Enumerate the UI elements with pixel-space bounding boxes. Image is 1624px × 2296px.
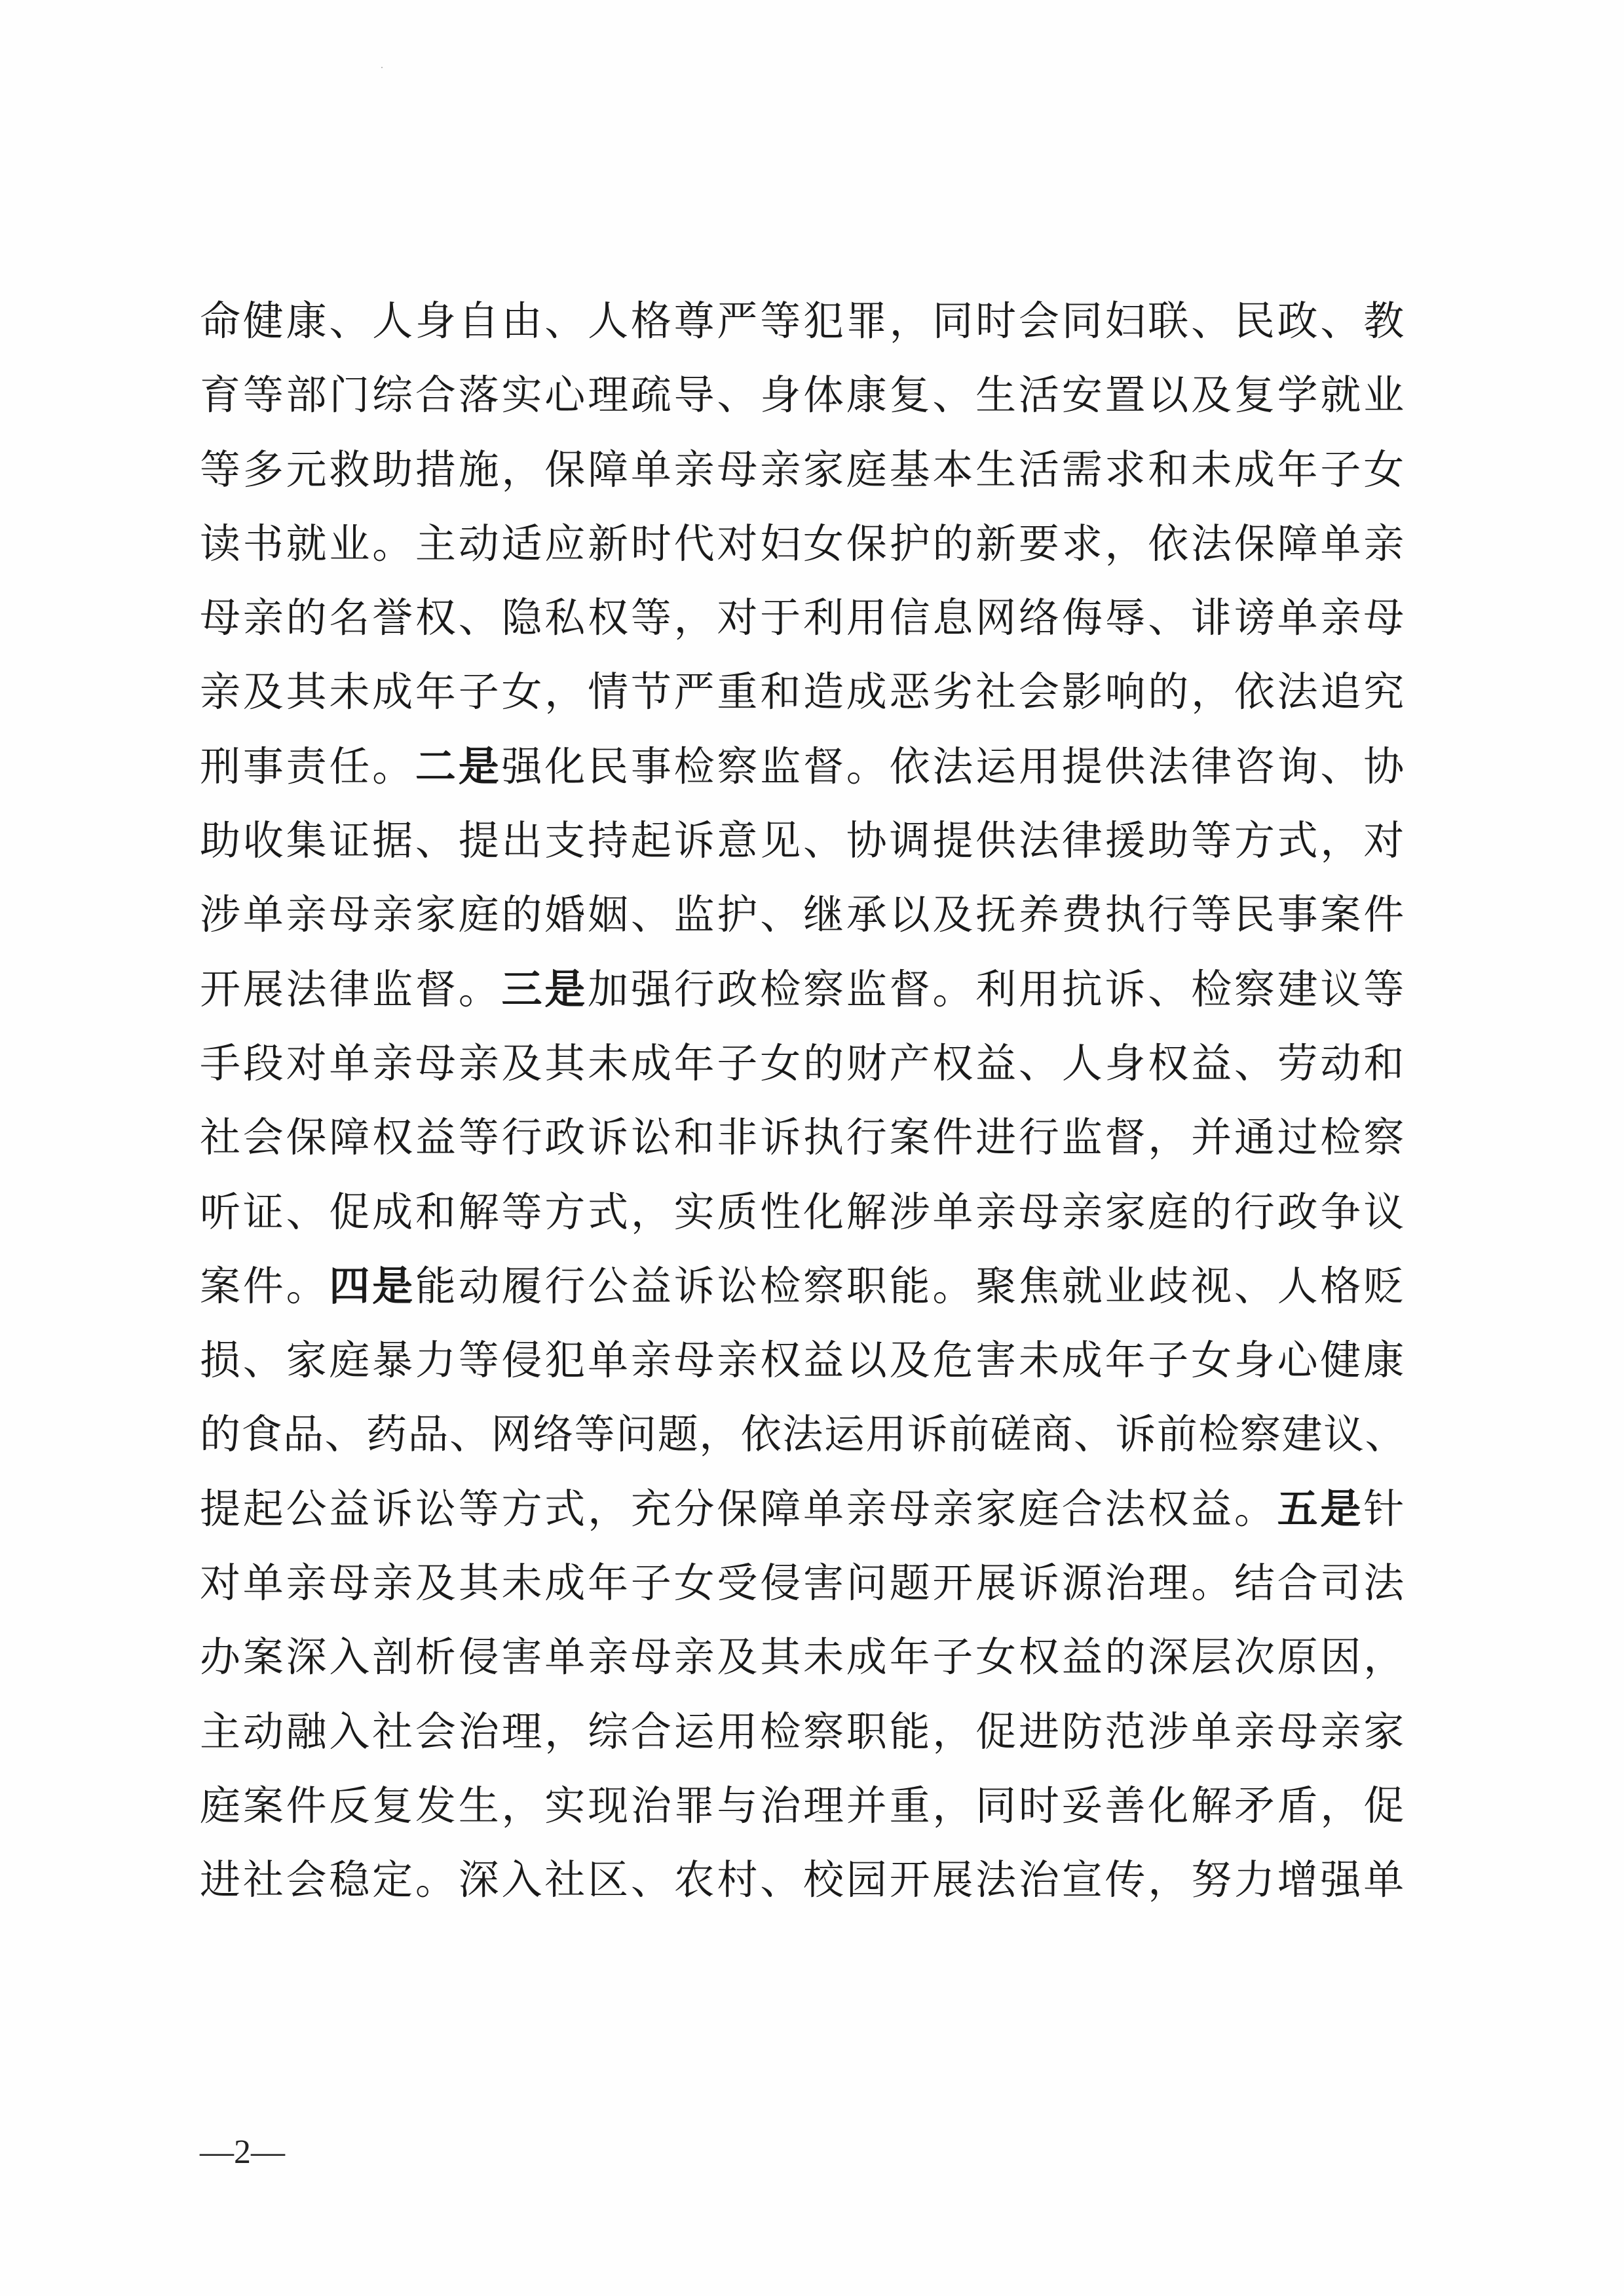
text-char: 名 xyxy=(329,585,372,651)
text-char: 对 xyxy=(286,1031,330,1096)
text-char: 单 xyxy=(932,1179,975,1245)
text-char: 、 xyxy=(1148,957,1191,1022)
text-char: 其 xyxy=(544,1031,588,1096)
text-char: 合 xyxy=(1062,1476,1105,1542)
text-char: 法 xyxy=(975,1847,1019,1913)
text-char: 罪 xyxy=(846,288,890,354)
text-char: 式 xyxy=(588,1179,631,1245)
text-char: 食 xyxy=(242,1402,284,1467)
text-char: 母 xyxy=(1019,1179,1062,1245)
text-char: 复 xyxy=(890,362,933,428)
text-char: 身 xyxy=(415,288,459,354)
text-char: 供 xyxy=(975,808,1019,873)
text-char: 和 xyxy=(415,1179,459,1245)
text-char: 及 xyxy=(717,1624,760,1690)
text-char: 联 xyxy=(1148,288,1191,354)
text-char: 未 xyxy=(502,1550,545,1616)
text-char: 范 xyxy=(1105,1699,1148,1765)
text-char: 诉 xyxy=(1105,957,1148,1022)
text-line: 涉单亲母亲家庭的婚姻、监护、继承以及抚养费执行等民事案件 xyxy=(200,882,1407,956)
text-char: 亲 xyxy=(1320,585,1363,651)
text-char: 社 xyxy=(975,659,1019,725)
text-char: 单 xyxy=(243,882,286,947)
text-char: 益 xyxy=(1191,1031,1234,1096)
text-char: 治 xyxy=(1019,1847,1062,1913)
text-char: 议 xyxy=(1320,957,1363,1022)
text-char: ， xyxy=(932,1773,975,1839)
text-char: 听 xyxy=(200,1179,243,1245)
text-char: 影 xyxy=(1062,659,1105,725)
text-char: 合 xyxy=(1277,1550,1321,1616)
text-char: 讼 xyxy=(631,1105,674,1170)
text-char: ， xyxy=(1320,1773,1363,1839)
text-char: 益 xyxy=(329,1476,372,1542)
text-char: 、 xyxy=(243,1328,286,1393)
text-char: 身 xyxy=(1105,1031,1148,1096)
text-char: 理 xyxy=(803,1773,846,1839)
text-char: 家 xyxy=(1105,1179,1148,1245)
text-char: 收 xyxy=(243,808,286,873)
text-char: 单 xyxy=(631,437,674,503)
text-char: 单 xyxy=(1191,1699,1234,1765)
text-char: 保 xyxy=(286,1105,330,1170)
text-line: 助收集证据、提出支持起诉意见、协调提供法律援助等方式，对 xyxy=(200,808,1407,882)
text-char: 。 xyxy=(846,734,890,799)
text-char: 动 xyxy=(459,511,502,577)
text-char: 强 xyxy=(631,957,674,1022)
text-char: 办 xyxy=(200,1624,243,1690)
text-char: 人 xyxy=(372,288,415,354)
text-char: 子 xyxy=(1320,437,1363,503)
text-char: ， xyxy=(1105,511,1148,577)
text-line: 的食品、药品、网络等问题，依法运用诉前磋商、诉前检察建议、 xyxy=(200,1402,1407,1476)
text-char: 、 xyxy=(717,362,760,428)
text-char: 事 xyxy=(243,734,286,799)
text-char: 单 xyxy=(243,1550,286,1616)
text-char: 婚 xyxy=(544,882,588,947)
text-char: 财 xyxy=(846,1031,890,1096)
text-char: 亲 xyxy=(286,882,330,947)
text-char: 权 xyxy=(932,1031,975,1096)
text-char: 、 xyxy=(1320,288,1363,354)
text-char: 件 xyxy=(932,1105,975,1170)
text-char: 亲 xyxy=(674,437,717,503)
text-line: 进社会稳定。深入社区、农村、校园开展法治宣传，努力增强单 xyxy=(200,1847,1407,1921)
text-char: 开 xyxy=(200,957,243,1022)
text-char: 入 xyxy=(502,1847,545,1913)
text-line: 对单亲母亲及其未成年子女受侵害问题开展诉源治理。结合司法 xyxy=(200,1550,1407,1624)
text-char: 式 xyxy=(544,1476,588,1542)
text-char: 母 xyxy=(631,1624,674,1690)
text-char: 母 xyxy=(329,882,372,947)
text-char: 时 xyxy=(975,288,1019,354)
text-char: 庭 xyxy=(200,1773,243,1839)
text-char: 妥 xyxy=(1062,1773,1105,1839)
text-char: 治 xyxy=(459,1699,502,1765)
text-char: 子 xyxy=(717,1031,760,1096)
text-char: 诉 xyxy=(674,1253,717,1319)
text-char: 亲 xyxy=(717,1328,760,1393)
text-char: 诉 xyxy=(760,1105,803,1170)
text-char: 、 xyxy=(325,1402,367,1467)
text-char: 治 xyxy=(1105,1550,1148,1616)
text-char: 抗 xyxy=(1062,957,1105,1022)
text-char: 犯 xyxy=(803,288,846,354)
text-char: 助 xyxy=(200,808,243,873)
text-char: 开 xyxy=(890,1847,933,1913)
text-char: 妇 xyxy=(1105,288,1148,354)
text-char: 律 xyxy=(1191,734,1234,799)
text-char: 庭 xyxy=(846,437,890,503)
text-char: 亲 xyxy=(459,1031,502,1096)
text-char: 检 xyxy=(760,1253,803,1319)
text-char: 、 xyxy=(1074,1402,1116,1467)
text-char: 未 xyxy=(1019,1328,1062,1393)
text-char: 合 xyxy=(415,362,459,428)
text-char: 事 xyxy=(631,734,674,799)
text-char: 益 xyxy=(415,1105,459,1170)
text-char: 察 xyxy=(1234,957,1277,1022)
text-char: 法 xyxy=(1277,659,1321,725)
text-char: 权 xyxy=(588,585,631,651)
text-char: 的 xyxy=(932,511,975,577)
text-line: 损、家庭暴力等侵犯单亲母亲权益以及危害未成年子女身心健康 xyxy=(200,1328,1407,1402)
text-char: 恶 xyxy=(890,659,933,725)
text-char: 察 xyxy=(1363,1105,1407,1170)
text-char: 益 xyxy=(1062,1624,1105,1690)
text-char: 监 xyxy=(760,734,803,799)
text-char: 努 xyxy=(1191,1847,1234,1913)
text-char: 。 xyxy=(1234,1476,1277,1542)
text-line: 主动融入社会治理，综合运用检察职能，促进防范涉单亲母亲家 xyxy=(200,1699,1407,1773)
text-char: 私 xyxy=(544,585,588,651)
text-char: 运 xyxy=(674,1699,717,1765)
text-char: 社 xyxy=(544,1847,588,1913)
text-char: 、 xyxy=(1148,585,1191,651)
text-char: 同 xyxy=(1062,288,1105,354)
text-char: 综 xyxy=(372,362,415,428)
text-char: 事 xyxy=(1277,882,1321,947)
text-char: 展 xyxy=(932,1847,975,1913)
text-char: 亲 xyxy=(1062,1179,1105,1245)
text-char: 讼 xyxy=(415,1476,459,1542)
text-char: 、 xyxy=(544,288,588,354)
text-char: 化 xyxy=(1148,1773,1191,1839)
text-char: 助 xyxy=(1148,808,1191,873)
text-char: 康 xyxy=(286,288,330,354)
text-char: ， xyxy=(1148,1105,1191,1170)
text-char: 亲 xyxy=(975,1179,1019,1245)
text-char: 视 xyxy=(1191,1253,1234,1319)
text-char: 单 xyxy=(329,1031,372,1096)
text-char: 农 xyxy=(674,1847,717,1913)
text-char: 。 xyxy=(932,957,975,1022)
text-char: 等 xyxy=(1363,957,1407,1022)
bold-marker-char: 四 xyxy=(329,1253,372,1319)
text-char: 门 xyxy=(329,362,372,428)
text-char: 。 xyxy=(372,734,415,799)
text-line: 办案深入剖析侵害单亲母亲及其未成年子女权益的深层次原因， xyxy=(200,1624,1407,1698)
text-char: 隐 xyxy=(502,585,545,651)
text-char: 手 xyxy=(200,1031,243,1096)
text-char: 的 xyxy=(286,585,330,651)
text-char: 、 xyxy=(760,1847,803,1913)
text-char: 依 xyxy=(890,734,933,799)
text-char: 其 xyxy=(286,659,330,725)
text-char: 庭 xyxy=(459,882,502,947)
text-char: 力 xyxy=(1234,1847,1277,1913)
scan-speck xyxy=(381,67,383,68)
text-char: 援 xyxy=(1105,808,1148,873)
text-char: 治 xyxy=(760,1773,803,1839)
text-char: 商 xyxy=(1032,1402,1074,1467)
text-char: 未 xyxy=(1191,437,1234,503)
text-char: 成 xyxy=(1062,1328,1105,1393)
text-char: 亲 xyxy=(674,1624,717,1690)
text-char: 需 xyxy=(1062,437,1105,503)
text-char: 犯 xyxy=(544,1328,588,1393)
text-char: 害 xyxy=(803,1550,846,1616)
text-char: 监 xyxy=(372,957,415,1022)
text-char: 、 xyxy=(286,1179,330,1245)
bold-marker-char: 五 xyxy=(1277,1476,1321,1542)
text-char: 督 xyxy=(415,957,459,1022)
text-line: 手段对单亲母亲及其未成年子女的财产权益、人身权益、劳动和 xyxy=(200,1031,1407,1105)
text-char: 心 xyxy=(1277,1328,1321,1393)
text-char: 年 xyxy=(1105,1328,1148,1393)
text-char: 、 xyxy=(1234,1031,1277,1096)
text-char: 家 xyxy=(415,882,459,947)
text-char: 损 xyxy=(200,1328,243,1393)
text-char: 稳 xyxy=(329,1847,372,1913)
text-char: 女 xyxy=(674,1550,717,1616)
text-char: 害 xyxy=(502,1624,545,1690)
text-char: ， xyxy=(1191,659,1234,725)
text-char: 及 xyxy=(932,882,975,947)
text-char: 前 xyxy=(1157,1402,1199,1467)
text-char: 诉 xyxy=(1115,1402,1157,1467)
text-char: 保 xyxy=(1234,511,1277,577)
text-char: 读 xyxy=(200,511,243,577)
text-char: 监 xyxy=(1062,1105,1105,1170)
text-char: 法 xyxy=(1363,1550,1407,1616)
text-char: 亲 xyxy=(372,1031,415,1096)
text-char: 动 xyxy=(1320,1031,1363,1096)
text-char: 侵 xyxy=(760,1550,803,1616)
text-char: 咨 xyxy=(1234,734,1277,799)
text-char: 亲 xyxy=(631,1328,674,1393)
bold-marker-char: 是 xyxy=(372,1253,415,1319)
text-char: 对 xyxy=(1363,808,1407,873)
text-char: 及 xyxy=(502,1031,545,1096)
text-char: 身 xyxy=(760,362,803,428)
text-char: 健 xyxy=(1320,1328,1363,1393)
text-line: 案件。四是能动履行公益诉讼检察职能。聚焦就业歧视、人格贬 xyxy=(200,1253,1407,1328)
text-char: ， xyxy=(1363,1624,1407,1690)
text-char: 亲 xyxy=(372,882,415,947)
text-char: 检 xyxy=(1198,1402,1240,1467)
text-char: 察 xyxy=(717,734,760,799)
text-char: 保 xyxy=(544,437,588,503)
text-char: 起 xyxy=(631,808,674,873)
text-char: 家 xyxy=(803,437,846,503)
text-char: 护 xyxy=(890,511,933,577)
text-char: 民 xyxy=(1234,882,1277,947)
text-char: 庭 xyxy=(329,1328,372,1393)
text-char: 段 xyxy=(243,1031,286,1096)
text-char: 的 xyxy=(1191,1179,1234,1245)
text-char: 社 xyxy=(243,1847,286,1913)
text-char: 单 xyxy=(544,1624,588,1690)
text-char: ， xyxy=(588,1476,631,1542)
text-char: 女 xyxy=(502,659,545,725)
text-char: 前 xyxy=(949,1402,991,1467)
text-char: 综 xyxy=(588,1699,631,1765)
text-char: 运 xyxy=(975,734,1019,799)
text-char: 、 xyxy=(1019,1031,1062,1096)
text-char: 证 xyxy=(243,1179,286,1245)
text-char: 育 xyxy=(200,362,243,428)
text-char: 督 xyxy=(890,957,933,1022)
text-char: 案 xyxy=(1320,882,1363,947)
text-char: 会 xyxy=(1019,288,1062,354)
text-char: 单 xyxy=(1363,1847,1407,1913)
text-char: 、 xyxy=(803,808,846,873)
text-char: 诉 xyxy=(907,1402,949,1467)
text-char: 诉 xyxy=(588,1105,631,1170)
text-char: 监 xyxy=(674,882,717,947)
text-char: 执 xyxy=(1105,882,1148,947)
text-char: 展 xyxy=(975,1550,1019,1616)
text-char: 察 xyxy=(803,1253,846,1319)
text-char: 法 xyxy=(1105,1476,1148,1542)
text-char: 其 xyxy=(459,1550,502,1616)
text-char: 健 xyxy=(243,288,286,354)
text-char: 及 xyxy=(415,1550,459,1616)
text-char: 问 xyxy=(616,1402,658,1467)
text-char: 和 xyxy=(674,1105,717,1170)
text-char: 人 xyxy=(1277,1253,1321,1319)
text-char: 协 xyxy=(1363,734,1407,799)
text-char: 复 xyxy=(1234,362,1277,428)
text-char: 讼 xyxy=(717,1253,760,1319)
text-char: 信 xyxy=(890,585,933,651)
text-char: 歧 xyxy=(1148,1253,1191,1319)
document-page: 命健康、人身自由、人格尊严等犯罪，同时会同妇联、民政、教育等部门综合落实心理疏导… xyxy=(0,0,1624,2296)
text-char: 提 xyxy=(200,1476,243,1542)
text-char: 教 xyxy=(1363,288,1407,354)
text-char: 盾 xyxy=(1277,1773,1321,1839)
text-char: 强 xyxy=(502,734,545,799)
text-char: 通 xyxy=(1234,1105,1277,1170)
text-char: 、 xyxy=(329,288,372,354)
text-char: 意 xyxy=(717,808,760,873)
text-char: 、 xyxy=(631,882,674,947)
text-char: 合 xyxy=(631,1699,674,1765)
text-char: 学 xyxy=(1277,362,1321,428)
text-char: 充 xyxy=(631,1476,674,1542)
text-char: 律 xyxy=(329,957,372,1022)
text-char: 活 xyxy=(1019,437,1062,503)
text-char: 出 xyxy=(502,808,545,873)
text-char: 对 xyxy=(717,511,760,577)
text-char: 就 xyxy=(1320,362,1363,428)
text-char: 因 xyxy=(1320,1624,1363,1690)
text-char: 生 xyxy=(459,1773,502,1839)
text-char: 书 xyxy=(243,511,286,577)
text-char: 受 xyxy=(717,1550,760,1616)
text-char: 察 xyxy=(803,1699,846,1765)
text-char: 继 xyxy=(803,882,846,947)
page-number: —2— xyxy=(200,2133,285,2172)
text-char: 方 xyxy=(502,1476,545,1542)
text-char: 严 xyxy=(674,659,717,725)
text-char: 性 xyxy=(760,1179,803,1245)
bold-marker-char: 是 xyxy=(1320,1476,1363,1542)
text-char: ， xyxy=(1320,808,1363,873)
text-char: 单 xyxy=(1320,511,1363,577)
text-char: 于 xyxy=(760,585,803,651)
text-char: 及 xyxy=(1191,362,1234,428)
text-char: 康 xyxy=(846,362,890,428)
text-char: 、 xyxy=(932,362,975,428)
text-char: 实 xyxy=(502,362,545,428)
text-char: 的 xyxy=(1148,659,1191,725)
text-char: 新 xyxy=(588,511,631,577)
text-char: 多 xyxy=(243,437,286,503)
text-char: 案 xyxy=(200,1253,243,1319)
text-char: 民 xyxy=(588,734,631,799)
text-char: 心 xyxy=(544,362,588,428)
text-char: 救 xyxy=(329,437,372,503)
text-char: 依 xyxy=(741,1402,783,1467)
text-char: 任 xyxy=(329,734,372,799)
text-char: 妇 xyxy=(760,511,803,577)
text-char: 子 xyxy=(1148,1328,1191,1393)
text-char: 和 xyxy=(1148,437,1191,503)
text-char: 害 xyxy=(975,1328,1019,1393)
text-char: 和 xyxy=(760,659,803,725)
text-char: 女 xyxy=(803,511,846,577)
text-char: 侵 xyxy=(459,1624,502,1690)
text-char: 。 xyxy=(372,511,415,577)
text-char: 理 xyxy=(1148,1550,1191,1616)
text-char: 行 xyxy=(846,1105,890,1170)
text-char: 障 xyxy=(329,1105,372,1170)
text-char: 命 xyxy=(200,288,243,354)
text-line: 提起公益诉讼等方式，充分保障单亲母亲家庭合法权益。五是针 xyxy=(200,1476,1407,1550)
text-char: 以 xyxy=(846,1328,890,1393)
text-char: 姻 xyxy=(588,882,631,947)
text-char: 时 xyxy=(631,511,674,577)
text-char: 成 xyxy=(1234,437,1277,503)
text-char: 养 xyxy=(1019,882,1062,947)
text-char: 解 xyxy=(1191,1773,1234,1839)
text-char: 检 xyxy=(1191,957,1234,1022)
text-char: 政 xyxy=(544,1105,588,1170)
text-char: 入 xyxy=(329,1624,372,1690)
text-char: 辱 xyxy=(1105,585,1148,651)
text-char: 履 xyxy=(502,1253,545,1319)
text-char: 亲 xyxy=(1234,1699,1277,1765)
text-char: 行 xyxy=(1148,882,1191,947)
text-char: 贬 xyxy=(1363,1253,1407,1319)
text-char: 承 xyxy=(846,882,890,947)
text-char: 以 xyxy=(1148,362,1191,428)
text-char: 护 xyxy=(717,882,760,947)
text-char: 防 xyxy=(1062,1699,1105,1765)
text-char: 案 xyxy=(890,1105,933,1170)
